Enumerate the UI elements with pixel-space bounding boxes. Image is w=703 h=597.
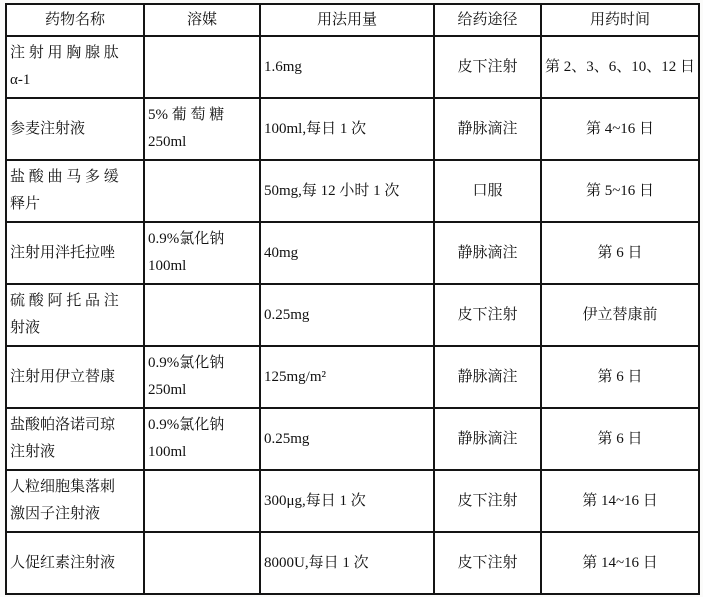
cell-route: 皮下注射: [434, 36, 541, 98]
cell-drug-name: 人促红素注射液: [6, 532, 144, 594]
cell-dosage: 1.6mg: [260, 36, 434, 98]
cell-solvent: [144, 160, 260, 222]
medication-schedule-table: 药物名称 溶媒 用法用量 给药途径 用药时间 注 射 用 胸 腺 肽 α-1 1…: [5, 3, 700, 595]
cell-solvent: 0.9%氯化钠 100ml: [144, 408, 260, 470]
header-dosage: 用法用量: [260, 4, 434, 36]
table-row: 参麦注射液 5% 葡 萄 糖 250ml 100ml,每日 1 次 静脉滴注 第…: [6, 98, 699, 160]
cell-route: 皮下注射: [434, 284, 541, 346]
header-route: 给药途径: [434, 4, 541, 36]
cell-route: 静脉滴注: [434, 408, 541, 470]
table-row: 盐 酸 曲 马 多 缓 释片 50mg,每 12 小时 1 次 口服 第 5~1…: [6, 160, 699, 222]
cell-route: 皮下注射: [434, 532, 541, 594]
cell-time: 第 14~16 日: [541, 532, 699, 594]
cell-solvent: [144, 532, 260, 594]
table-row: 人促红素注射液 8000U,每日 1 次 皮下注射 第 14~16 日: [6, 532, 699, 594]
cell-time: 第 6 日: [541, 346, 699, 408]
cell-drug-name: 盐 酸 曲 马 多 缓 释片: [6, 160, 144, 222]
header-drug-name: 药物名称: [6, 4, 144, 36]
cell-drug-name: 硫 酸 阿 托 品 注 射液: [6, 284, 144, 346]
cell-drug-name: 人粒细胞集落刺 激因子注射液: [6, 470, 144, 532]
cell-solvent: 5% 葡 萄 糖 250ml: [144, 98, 260, 160]
cell-route: 静脉滴注: [434, 346, 541, 408]
cell-dosage: 50mg,每 12 小时 1 次: [260, 160, 434, 222]
cell-dosage: 8000U,每日 1 次: [260, 532, 434, 594]
cell-solvent: [144, 284, 260, 346]
cell-route: 口服: [434, 160, 541, 222]
table-row: 注射用伊立替康 0.9%氯化钠 250ml 125mg/m² 静脉滴注 第 6 …: [6, 346, 699, 408]
cell-dosage: 100ml,每日 1 次: [260, 98, 434, 160]
cell-route: 皮下注射: [434, 470, 541, 532]
cell-time: 第 14~16 日: [541, 470, 699, 532]
cell-solvent: [144, 470, 260, 532]
cell-route: 静脉滴注: [434, 222, 541, 284]
cell-drug-name: 注 射 用 胸 腺 肽 α-1: [6, 36, 144, 98]
cell-dosage: 0.25mg: [260, 408, 434, 470]
header-solvent: 溶媒: [144, 4, 260, 36]
cell-solvent: 0.9%氯化钠 250ml: [144, 346, 260, 408]
cell-time: 伊立替康前: [541, 284, 699, 346]
cell-solvent: [144, 36, 260, 98]
cell-dosage: 40mg: [260, 222, 434, 284]
cell-time: 第 2、3、6、10、12 日: [541, 36, 699, 98]
cell-drug-name: 盐酸帕洛诺司琼 注射液: [6, 408, 144, 470]
cell-time: 第 5~16 日: [541, 160, 699, 222]
table-header-row: 药物名称 溶媒 用法用量 给药途径 用药时间: [6, 4, 699, 36]
cell-dosage: 125mg/m²: [260, 346, 434, 408]
table-row: 盐酸帕洛诺司琼 注射液 0.9%氯化钠 100ml 0.25mg 静脉滴注 第 …: [6, 408, 699, 470]
cell-solvent: 0.9%氯化钠 100ml: [144, 222, 260, 284]
cell-dosage: 300μg,每日 1 次: [260, 470, 434, 532]
cell-time: 第 6 日: [541, 408, 699, 470]
cell-route: 静脉滴注: [434, 98, 541, 160]
cell-time: 第 4~16 日: [541, 98, 699, 160]
cell-drug-name: 注射用泮托拉唑: [6, 222, 144, 284]
table-row: 硫 酸 阿 托 品 注 射液 0.25mg 皮下注射 伊立替康前: [6, 284, 699, 346]
table-row: 注射用泮托拉唑 0.9%氯化钠 100ml 40mg 静脉滴注 第 6 日: [6, 222, 699, 284]
cell-time: 第 6 日: [541, 222, 699, 284]
document-page: 药物名称 溶媒 用法用量 给药途径 用药时间 注 射 用 胸 腺 肽 α-1 1…: [0, 0, 703, 597]
table-row: 注 射 用 胸 腺 肽 α-1 1.6mg 皮下注射 第 2、3、6、10、12…: [6, 36, 699, 98]
header-time: 用药时间: [541, 4, 699, 36]
cell-drug-name: 参麦注射液: [6, 98, 144, 160]
cell-dosage: 0.25mg: [260, 284, 434, 346]
table-row: 人粒细胞集落刺 激因子注射液 300μg,每日 1 次 皮下注射 第 14~16…: [6, 470, 699, 532]
cell-drug-name: 注射用伊立替康: [6, 346, 144, 408]
